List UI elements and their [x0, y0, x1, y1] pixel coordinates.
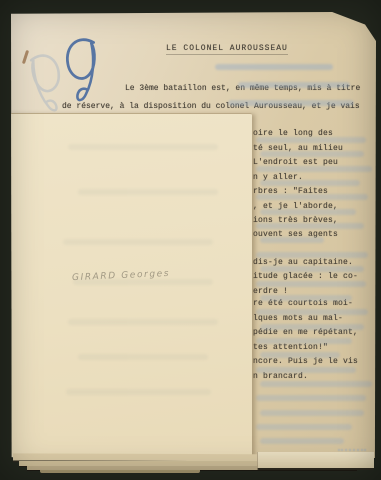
- typed-fragment: dis-je au capitaine.: [253, 258, 353, 267]
- photo-background: LE COLONEL AUROUSSEAU Le 3ème bataillon …: [0, 0, 381, 480]
- bleedthrough-line: [78, 189, 218, 195]
- bleedthrough-line: [256, 281, 366, 287]
- bleedthrough-line: [260, 180, 360, 186]
- bleedthrough-line: [260, 438, 344, 444]
- bleedthrough-line: [256, 395, 366, 401]
- typed-fragment: ncore. Puis je le vis: [253, 357, 358, 366]
- bleedthrough-line: [260, 352, 340, 358]
- bleedthrough-line: [260, 209, 356, 215]
- paper-stack-edge: [257, 452, 374, 470]
- bleedthrough-line: [256, 367, 356, 373]
- bleedthrough-line: [260, 237, 324, 243]
- bleedthrough-line: [260, 381, 372, 387]
- bleedthrough-line: [260, 410, 364, 416]
- bleedthrough-line: [260, 151, 364, 157]
- paper-stack-edge: [40, 470, 200, 473]
- bleedthrough-line: [260, 295, 352, 301]
- bleedthrough-line: [256, 223, 364, 229]
- bleedthrough-line: [256, 252, 368, 258]
- bleedthrough-line: [66, 389, 211, 395]
- bleedthrough-line: [256, 137, 366, 143]
- bleedthrough-line: [260, 266, 364, 272]
- bleedthrough-line: [68, 144, 218, 150]
- typed-fragment: itude glacée : le co-: [253, 272, 358, 281]
- bleedthrough-line: [63, 239, 213, 245]
- document-page: LE COLONEL AUROUSSEAU Le 3ème bataillon …: [11, 12, 376, 458]
- bleedthrough-line: [238, 82, 350, 88]
- bleedthrough-line: [260, 324, 364, 330]
- bleedthrough-line: [215, 64, 333, 70]
- bleedthrough-line: [256, 166, 372, 172]
- bleedthrough-line: [78, 354, 208, 360]
- bleedthrough-line: [256, 424, 352, 430]
- bleedthrough-line: [228, 100, 354, 106]
- bleedthrough-line: [256, 309, 368, 315]
- page-title: LE COLONEL AUROUSSEAU: [166, 44, 288, 55]
- typed-fragment: n brancard.: [253, 372, 308, 381]
- bleedthrough-line: [256, 338, 352, 344]
- bleedthrough-line: [68, 319, 218, 325]
- bleedthrough-line: [256, 194, 368, 200]
- bleedthrough-dots: [338, 445, 366, 451]
- overlay-sheet: GIRARD Georges: [8, 113, 252, 462]
- bleedthrough-line: [73, 279, 213, 285]
